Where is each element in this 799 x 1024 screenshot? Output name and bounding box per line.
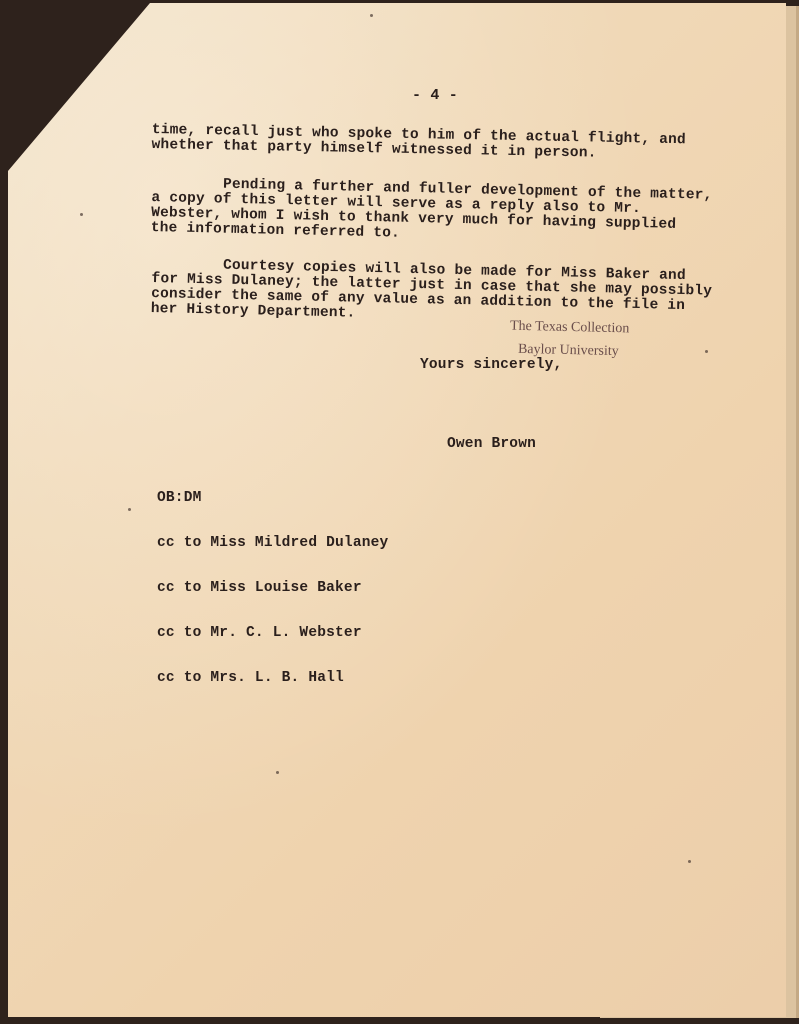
paragraph-3: Courtesy copies will also be made for Mi… [151,257,713,330]
closing: Yours sincerely, [420,358,562,373]
speck [688,860,691,863]
speck [705,350,708,353]
cc-line: cc to Mrs. L. B. Hall [157,671,388,686]
speck [276,771,279,774]
cc-line: cc to Miss Mildred Dulaney [157,536,388,551]
cc-line: cc to Mr. C. L. Webster [157,626,388,641]
speck [80,213,83,216]
page-number: - 4 - [412,88,458,103]
cc-line: cc to Miss Louise Baker [157,581,388,596]
reference-initials: OB:DM [157,491,388,506]
speck [370,14,373,17]
speck [128,508,131,511]
paragraph-2: Pending a further and fuller development… [151,176,713,249]
archive-stamp-line1: The Texas Collection [510,319,630,338]
reference-block: OB:DM cc to Miss Mildred Dulaney cc to M… [157,461,388,701]
signature: Owen Brown [447,437,536,452]
